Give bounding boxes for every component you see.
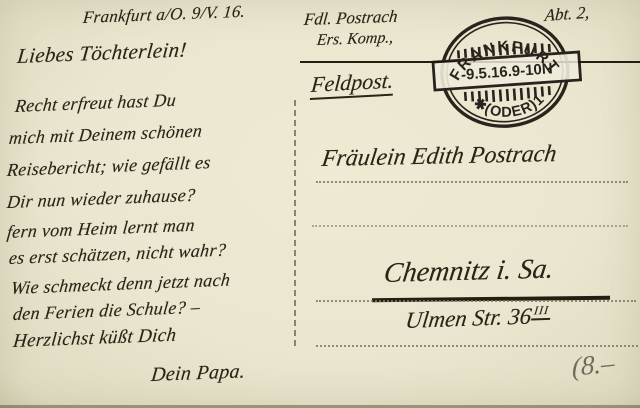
message-line: Wie schmeckt denn jetzt nach	[10, 269, 231, 299]
street-text: Ulmen Str. 36	[404, 303, 533, 333]
message-line: mich mit Deinem schönen	[8, 120, 203, 149]
feldpost-text: Feldpost.	[310, 68, 395, 100]
sender-name: Fdl. Postrach	[303, 7, 399, 30]
salutation: Liebes Töchterlein!	[16, 37, 188, 69]
recipient-city: Chemnitz i. Sa.	[382, 253, 556, 290]
message-line: Recht erfreut hast Du	[14, 90, 177, 117]
dateline: Frankfurt a/O. 9/V. 16.	[82, 2, 246, 28]
signature: Dein Papa.	[150, 360, 246, 387]
address-dotted-line-1	[316, 181, 628, 183]
column-divider-line	[294, 100, 296, 346]
postcard-scan: Frankfurt a/O. 9/V. 16. Liebes Töchterle…	[0, 0, 640, 408]
street-floor-superscript: III	[531, 303, 552, 321]
message-line: den Ferien die Schule? –	[12, 297, 201, 325]
address-dotted-line-4	[316, 345, 638, 347]
address-dotted-line-3	[316, 300, 636, 302]
recipient-name: Fräulein Edith Postrach	[320, 141, 558, 173]
postmark-stamp: FRANKFURT ✱(ODER)1 -9.5.16.9-10N	[424, 3, 591, 146]
message-line: fern vom Heim lernt man	[6, 215, 196, 243]
message-line: Dir nun wieder zuhause?	[6, 185, 196, 213]
address-dotted-line-2	[312, 225, 628, 227]
recipient-street: Ulmen Str. 36III	[404, 303, 552, 334]
closing-line: Herzlichst küßt Dich	[12, 325, 177, 353]
sender-company: Ers. Komp.,	[316, 29, 394, 50]
message-line: es erst schätzen, nicht wahr?	[8, 240, 227, 269]
message-line: Reisebericht; wie gefällt es	[6, 152, 212, 181]
feldpost-label: Feldpost.	[310, 68, 395, 98]
pencil-price-mark: (8.–	[572, 347, 615, 383]
